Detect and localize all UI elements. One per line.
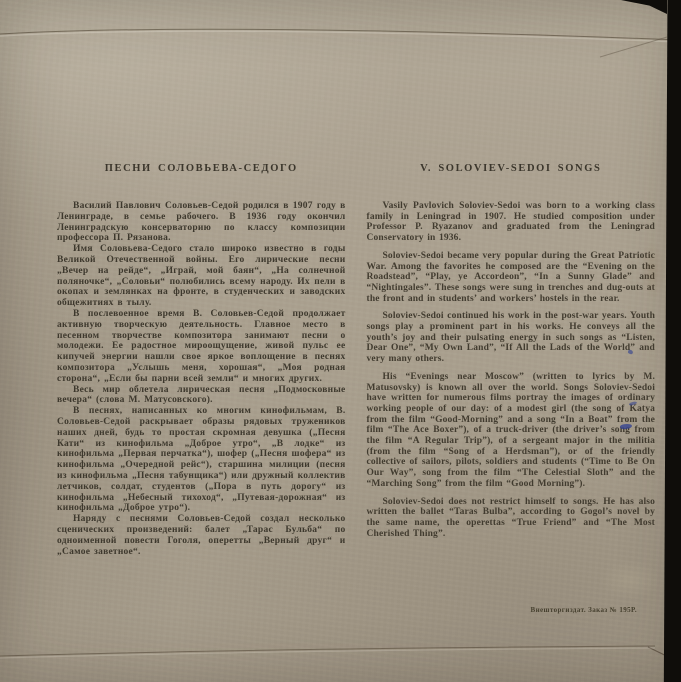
paragraph: Vasily Pavlovich Soloviev-Sedoi was born… <box>367 201 656 244</box>
english-paragraphs: Vasily Pavlovich Soloviev-Sedoi was born… <box>367 201 656 539</box>
paragraph: Soloviev-Sedoi became very popular durin… <box>367 251 656 305</box>
paragraph: Василий Павлович Соловьев-Седой родился … <box>57 201 346 244</box>
russian-title: ПЕСНИ СОЛОВЬЕВА-СЕДОГО <box>57 163 346 174</box>
russian-paragraphs: Василий Павлович Соловьев-Седой родился … <box>57 201 346 557</box>
english-column: V. SOLOVIEV-SEDOI SONGS Vasily Pavlovich… <box>367 163 656 557</box>
paragraph: В песнях, написанных ко многим кинофильм… <box>57 406 346 514</box>
paragraph: His “Evenings near Moscow” (written to l… <box>367 372 656 490</box>
russian-column: ПЕСНИ СОЛОВЬЕВА-СЕДОГО Василий Павлович … <box>57 163 346 557</box>
paragraph: В послевоенное время В. Соловьев-Седой п… <box>57 309 346 385</box>
english-title: V. SOLOVIEV-SEDOI SONGS <box>367 163 656 174</box>
paragraph: Наряду с песнями Соловьев-Седой создал н… <box>57 514 346 557</box>
publisher-imprint: Внешторгиздат. Заказ № 195Р. <box>531 606 637 614</box>
paragraph: Soloviev-Sedoi continued his work in the… <box>367 311 656 365</box>
album-back-cover-photo: ПЕСНИ СОЛОВЬЕВА-СЕДОГО Василий Павлович … <box>0 0 681 682</box>
paragraph: Весь мир облетела лирическая песня „Подм… <box>57 385 346 407</box>
liner-notes: ПЕСНИ СОЛОВЬЕВА-СЕДОГО Василий Павлович … <box>57 163 655 557</box>
paragraph: Soloviev-Sedoi does not restrict himself… <box>367 497 656 540</box>
paragraph: Имя Соловьева-Седого стало широко извест… <box>57 244 346 309</box>
